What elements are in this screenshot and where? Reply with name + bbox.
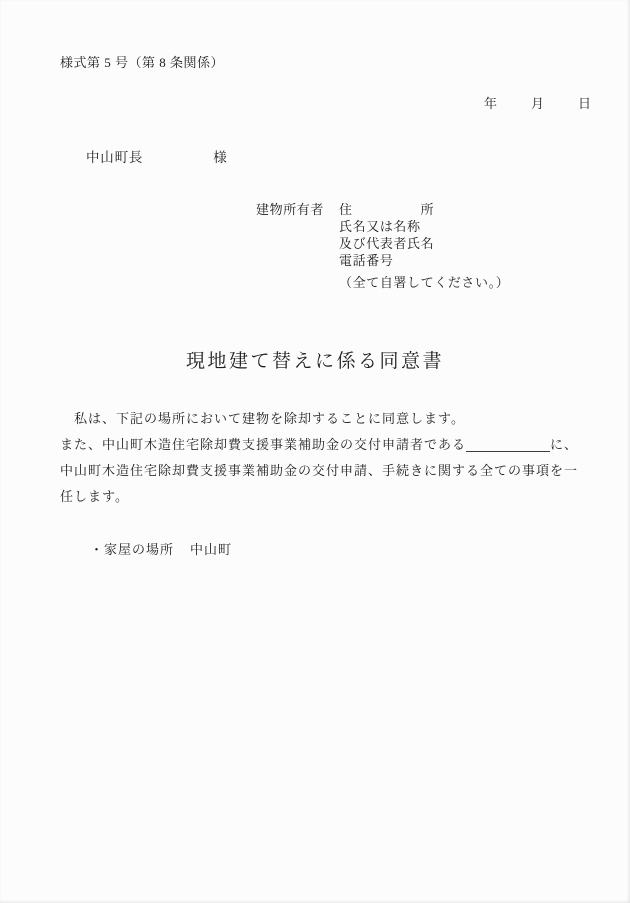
owner-field-name: 氏名又は名称 [339, 218, 509, 235]
applicant-sentence-start: また、中山町木造住宅除却費支援事業補助金の交付申請者である [60, 437, 466, 452]
body-paragraph: 私は、下記の場所において建物を除却することに同意します。 また、中山町木造住宅除… [60, 406, 600, 510]
house-location-label: ・家屋の場所 [90, 542, 174, 557]
applicant-name-blank [466, 437, 550, 452]
addressee-honorific: 様 [213, 149, 227, 166]
addressee-name: 中山町長 [86, 149, 143, 166]
year-label: 年 [484, 96, 497, 112]
applicant-sentence-end: に、 [550, 437, 578, 452]
document-page: 様式第 5 号（第 8 条関係） 年 月 日 中山町長 様 建物所有者 住 所 … [0, 0, 630, 903]
date-line: 年 月 日 [484, 96, 591, 112]
form-number: 様式第 5 号（第 8 条関係） [60, 55, 224, 71]
document-title: 現地建て替えに係る同意書 [0, 349, 630, 375]
body-line-delegation-end: 任します。 [60, 484, 600, 510]
building-owner-fields: 住 所 氏名又は名称 及び代表者氏名 電話番号 （全て自署してください。） [339, 201, 509, 291]
body-line-consent: 私は、下記の場所において建物を除却することに同意します。 [60, 406, 600, 432]
owner-field-address: 住 所 [339, 201, 509, 218]
owner-field-phone: 電話番号 [339, 252, 509, 269]
owner-field-representative: 及び代表者氏名 [339, 235, 509, 252]
building-owner-label: 建物所有者 [256, 201, 324, 291]
house-location-line: ・家屋の場所中山町 [90, 541, 232, 558]
signature-note: （全て自署してください。） [339, 274, 509, 291]
building-owner-block: 建物所有者 住 所 氏名又は名称 及び代表者氏名 電話番号 （全て自署してくださ… [256, 201, 509, 291]
body-line-delegation: 中山町木造住宅除却費支援事業補助金の交付申請、手続きに関する全ての事項を一 [60, 458, 600, 484]
addressee-line: 中山町長 様 [86, 149, 228, 166]
body-line-applicant: また、中山町木造住宅除却費支援事業補助金の交付申請者であるに、 [60, 432, 600, 458]
house-location-value: 中山町 [190, 542, 232, 557]
month-label: 月 [531, 96, 544, 112]
day-label: 日 [578, 96, 591, 112]
